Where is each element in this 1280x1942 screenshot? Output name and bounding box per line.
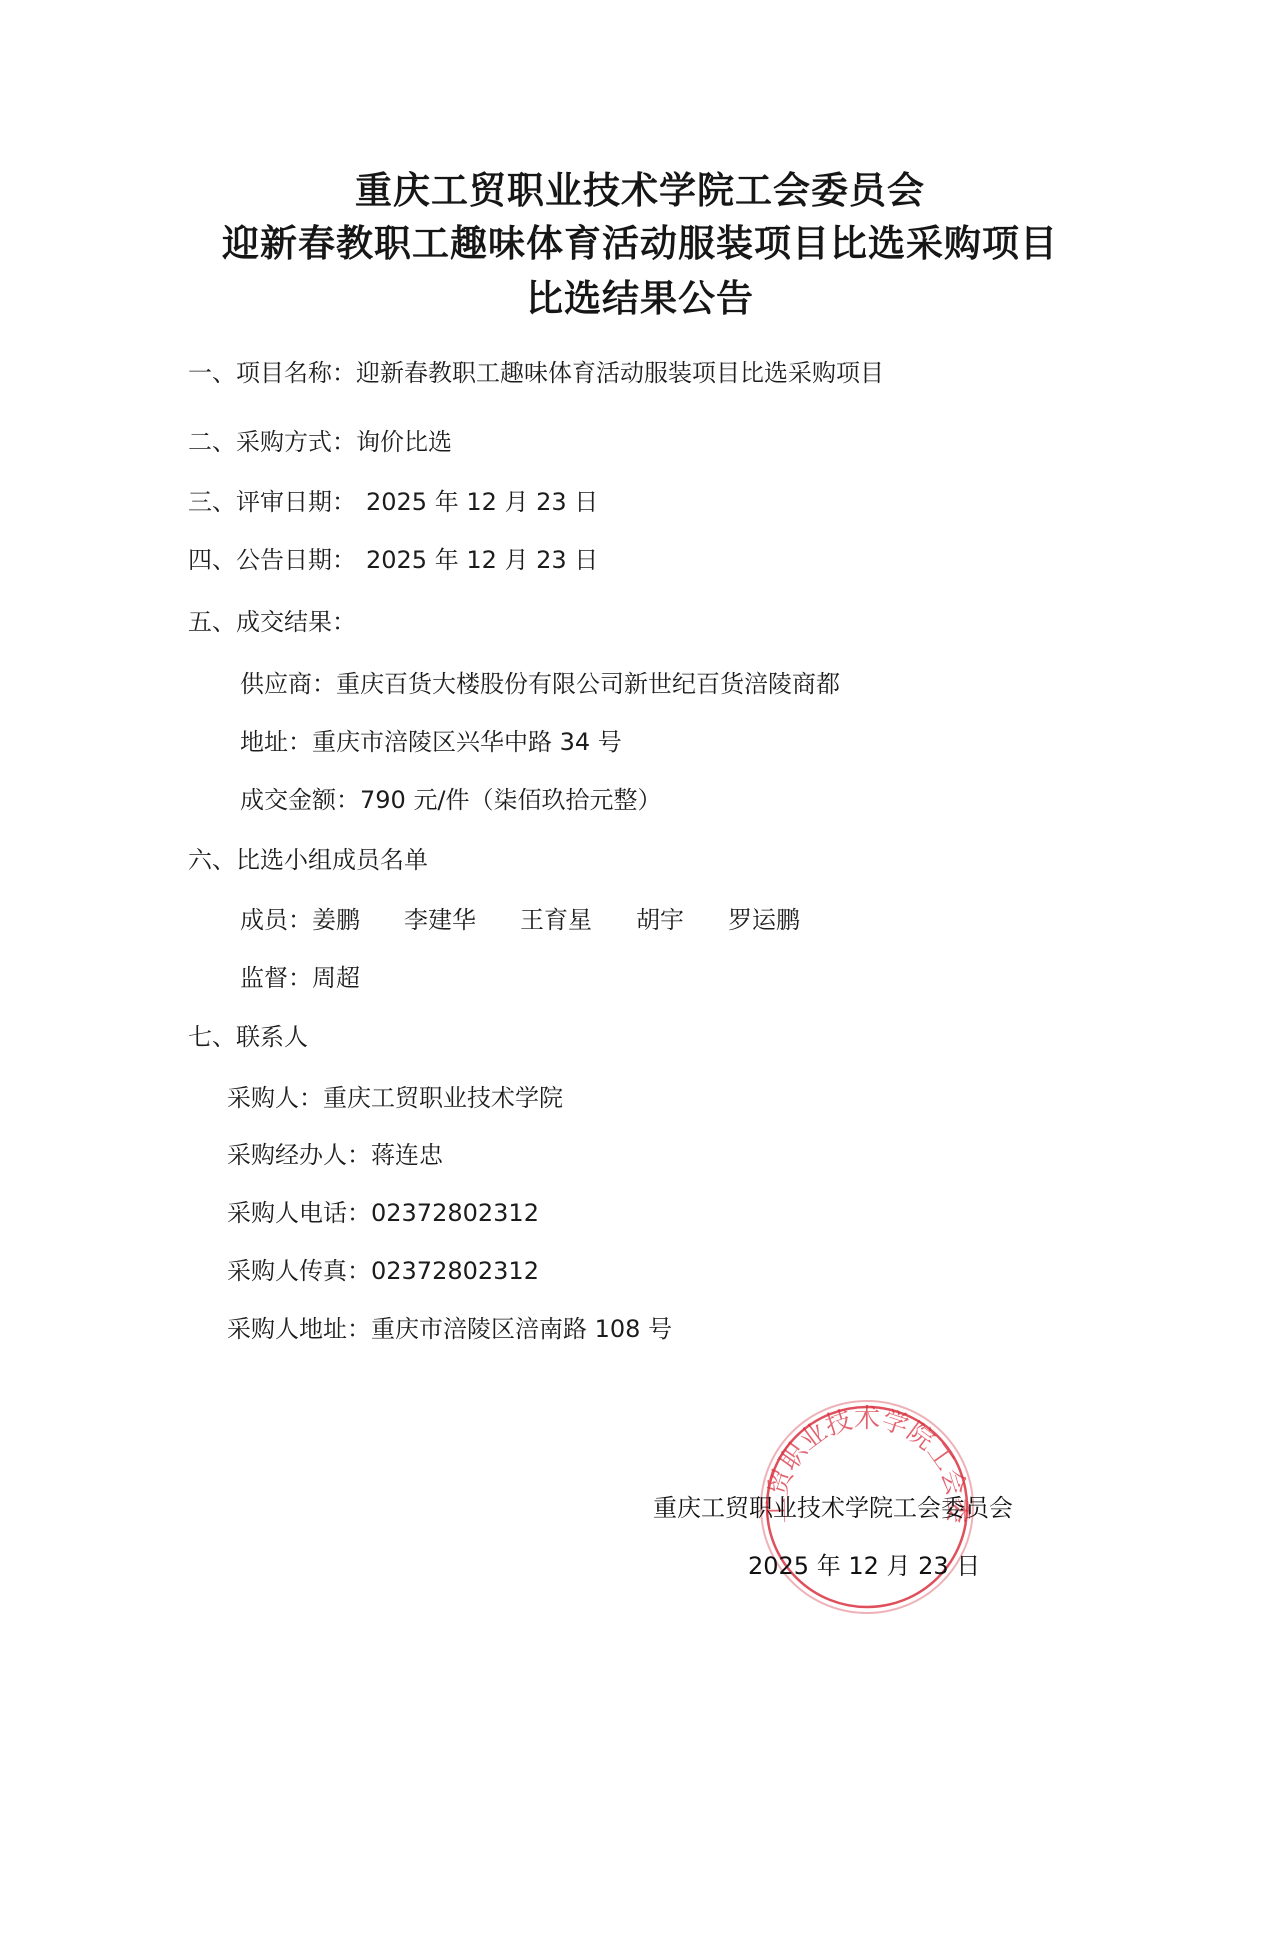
purchaser-address-line: 采购人地址：重庆市涪陵区涪南路 108 号 bbox=[227, 1309, 672, 1344]
section-label: 二、采购方式： bbox=[188, 428, 356, 456]
agent-line: 采购经办人：蒋连忠 bbox=[227, 1135, 443, 1170]
section-label: 四、公告日期： bbox=[188, 546, 356, 574]
member-name: 李建华 bbox=[404, 900, 476, 935]
section-committee-members: 六、比选小组成员名单 bbox=[188, 840, 428, 875]
purchaser-value: 重庆工贸职业技术学院 bbox=[323, 1084, 563, 1112]
section-contacts: 七、联系人 bbox=[188, 1017, 308, 1052]
member-name: 王育星 bbox=[520, 900, 592, 935]
section-announcement-date: 四、公告日期：2025 年 12 月 23 日 bbox=[188, 540, 598, 575]
purchaser-address-value: 重庆市涪陵区涪南路 108 号 bbox=[371, 1315, 672, 1343]
members-line: 成员：姜鹏李建华王育星胡宇罗运鹏 bbox=[240, 900, 844, 935]
title-line-1: 重庆工贸职业技术学院工会委员会 bbox=[0, 160, 1280, 214]
members-label: 成员： bbox=[240, 906, 312, 934]
section-project-name: 一、项目名称：迎新春教职工趣味体育活动服装项目比选采购项目 bbox=[188, 353, 884, 388]
supplier-label: 供应商： bbox=[240, 670, 336, 698]
document-page: 重庆工贸职业技术学院工会委员会 迎新春教职工趣味体育活动服装项目比选采购项目 比… bbox=[0, 0, 1280, 1942]
signature-date: 2025 年 12 月 23 日 bbox=[748, 1546, 980, 1581]
deal-amount-value: 790 元/件（柒佰玖拾元整） bbox=[360, 786, 662, 814]
agent-label: 采购经办人： bbox=[227, 1141, 371, 1169]
fax-value: 02372802312 bbox=[371, 1257, 539, 1285]
phone-label: 采购人电话： bbox=[227, 1199, 371, 1227]
announcement-date-value: 2025 年 12 月 23 日 bbox=[366, 546, 598, 574]
supervisor-label: 监督： bbox=[240, 964, 312, 992]
supervisor-value: 周超 bbox=[312, 964, 360, 992]
supplier-address-line: 地址：重庆市涪陵区兴华中路 34 号 bbox=[240, 722, 622, 757]
member-name: 胡宇 bbox=[636, 900, 684, 935]
fax-line: 采购人传真：02372802312 bbox=[227, 1251, 539, 1286]
phone-line: 采购人电话：02372802312 bbox=[227, 1193, 539, 1228]
supplier-value: 重庆百货大楼股份有限公司新世纪百货涪陵商都 bbox=[336, 670, 840, 698]
deal-amount-line: 成交金额：790 元/件（柒佰玖拾元整） bbox=[240, 780, 662, 815]
title-line-2: 迎新春教职工趣味体育活动服装项目比选采购项目 bbox=[0, 213, 1280, 267]
purchaser-line: 采购人：重庆工贸职业技术学院 bbox=[227, 1078, 563, 1113]
agent-value: 蒋连忠 bbox=[371, 1141, 443, 1169]
fax-label: 采购人传真： bbox=[227, 1257, 371, 1285]
purchaser-address-label: 采购人地址： bbox=[227, 1315, 371, 1343]
procurement-method-value: 询价比选 bbox=[356, 428, 452, 456]
section-label: 三、评审日期： bbox=[188, 488, 356, 516]
section-review-date: 三、评审日期：2025 年 12 月 23 日 bbox=[188, 482, 598, 517]
supplier-address-value: 重庆市涪陵区兴华中路 34 号 bbox=[312, 728, 622, 756]
supplier-address-label: 地址： bbox=[240, 728, 312, 756]
title-line-3: 比选结果公告 bbox=[0, 268, 1280, 322]
section-label: 一、项目名称： bbox=[188, 359, 356, 387]
member-name: 姜鹏 bbox=[312, 900, 360, 935]
supervisor-line: 监督：周超 bbox=[240, 958, 360, 993]
phone-value: 02372802312 bbox=[371, 1199, 539, 1227]
section-procurement-method: 二、采购方式：询价比选 bbox=[188, 422, 452, 457]
member-name: 罗运鹏 bbox=[728, 900, 800, 935]
project-name-value: 迎新春教职工趣味体育活动服装项目比选采购项目 bbox=[356, 359, 884, 387]
purchaser-label: 采购人： bbox=[227, 1084, 323, 1112]
supplier-line: 供应商：重庆百货大楼股份有限公司新世纪百货涪陵商都 bbox=[240, 664, 840, 699]
review-date-value: 2025 年 12 月 23 日 bbox=[366, 488, 598, 516]
deal-amount-label: 成交金额： bbox=[240, 786, 360, 814]
section-deal-result: 五、成交结果： bbox=[188, 602, 356, 637]
signature-org: 重庆工贸职业技术学院工会委员会 bbox=[653, 1488, 1013, 1523]
